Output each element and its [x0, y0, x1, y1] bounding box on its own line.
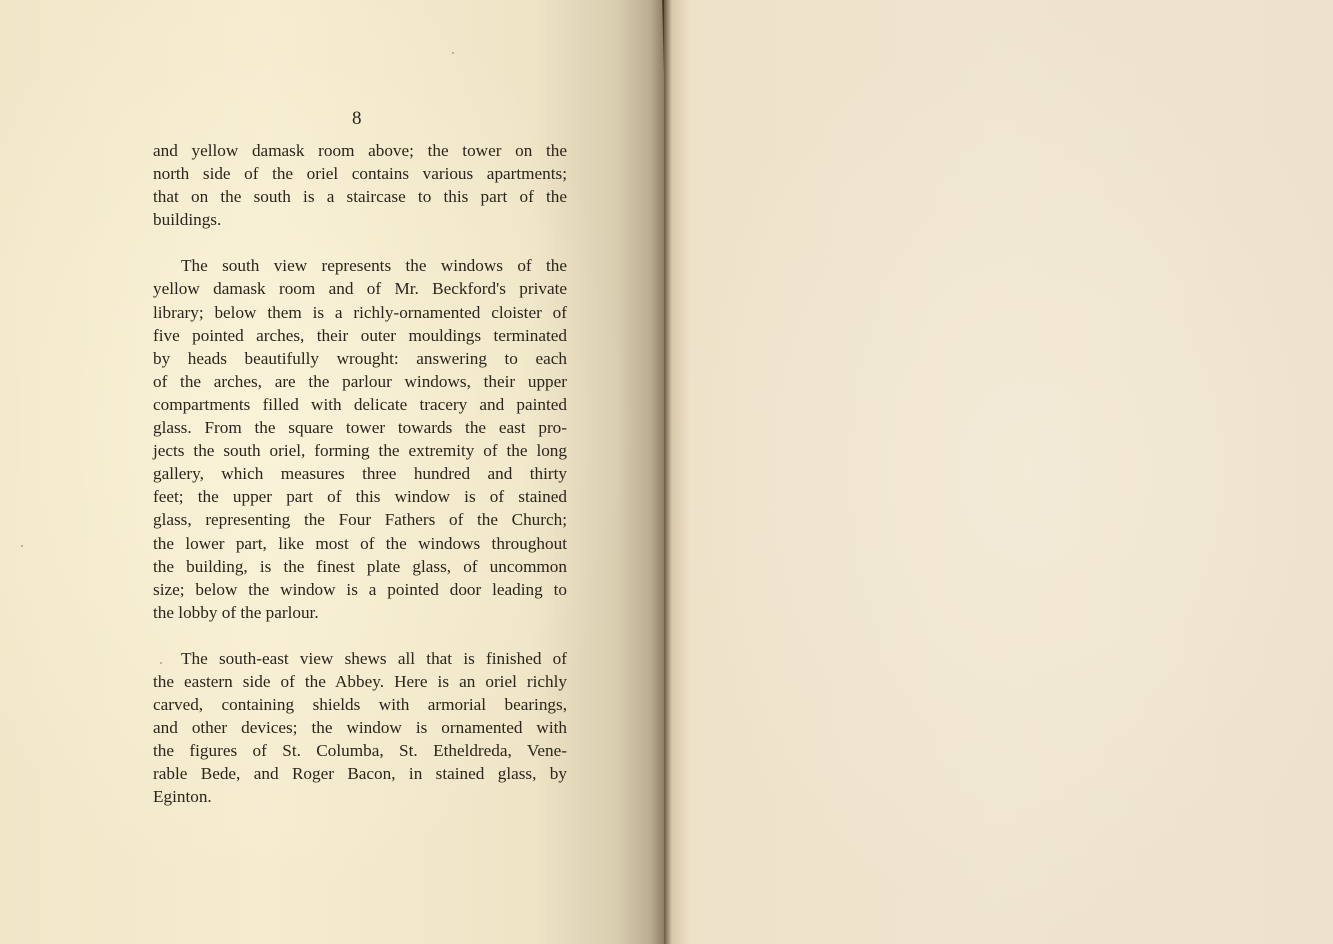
paragraph-3: The south-east view shews all that is fi… — [153, 647, 567, 809]
text-line: of the arches, are the parlour windows, … — [153, 370, 567, 393]
text-line: Eginton. — [153, 785, 567, 808]
text-line: that on the south is a staircase to this… — [153, 185, 567, 208]
left-page: 8 and yellow damask room above; the towe… — [0, 0, 664, 944]
paragraph-gap — [153, 624, 567, 647]
text-line: rable Bede, and Roger Bacon, in stained … — [153, 762, 567, 785]
text-line: buildings. — [153, 208, 567, 231]
page-number: 8 — [352, 108, 362, 130]
text-line: carved, containing shields with armorial… — [153, 693, 567, 716]
book-spread: 8 and yellow damask room above; the towe… — [0, 0, 1333, 944]
text-line: the eastern side of the Abbey. Here is a… — [153, 670, 567, 693]
paragraph-2: The south view represents the windows of… — [153, 254, 567, 624]
text-line: The south-east view shews all that is fi… — [153, 647, 567, 670]
text-line: glass. From the square tower towards the… — [153, 416, 567, 439]
text-line: five pointed arches, their outer mouldin… — [153, 324, 567, 347]
text-line: the figures of St. Columba, St. Etheldre… — [153, 739, 567, 762]
text-line: compartments filled with delicate tracer… — [153, 393, 567, 416]
text-line: and other devices; the window is ornamen… — [153, 716, 567, 739]
text-line: jects the south oriel, forming the extre… — [153, 439, 567, 462]
paper-speck — [21, 545, 23, 547]
text-line: the lower part, like most of the windows… — [153, 532, 567, 555]
paragraph-1: and yellow damask room above; the tower … — [153, 139, 567, 231]
text-line: and yellow damask room above; the tower … — [153, 139, 567, 162]
text-line: yellow damask room and of Mr. Beckford's… — [153, 277, 567, 300]
paragraph-gap — [153, 231, 567, 254]
text-line: gallery, which measures three hundred an… — [153, 462, 567, 485]
text-line: the lobby of the parlour. — [153, 601, 567, 624]
paper-speck — [160, 662, 162, 664]
text-line: by heads beautifully wrought: answering … — [153, 347, 567, 370]
text-line: north side of the oriel contains various… — [153, 162, 567, 185]
body-text: and yellow damask room above; the tower … — [153, 139, 567, 809]
text-line: The south view represents the windows of… — [153, 254, 567, 277]
text-line: the building, is the finest plate glass,… — [153, 555, 567, 578]
text-line: size; below the window is a pointed door… — [153, 578, 567, 601]
right-page — [664, 0, 1333, 944]
text-line: library; below them is a richly-ornament… — [153, 301, 567, 324]
text-line: feet; the upper part of this window is o… — [153, 485, 567, 508]
text-line: glass, representing the Four Fathers of … — [153, 508, 567, 531]
paper-speck — [452, 52, 454, 54]
